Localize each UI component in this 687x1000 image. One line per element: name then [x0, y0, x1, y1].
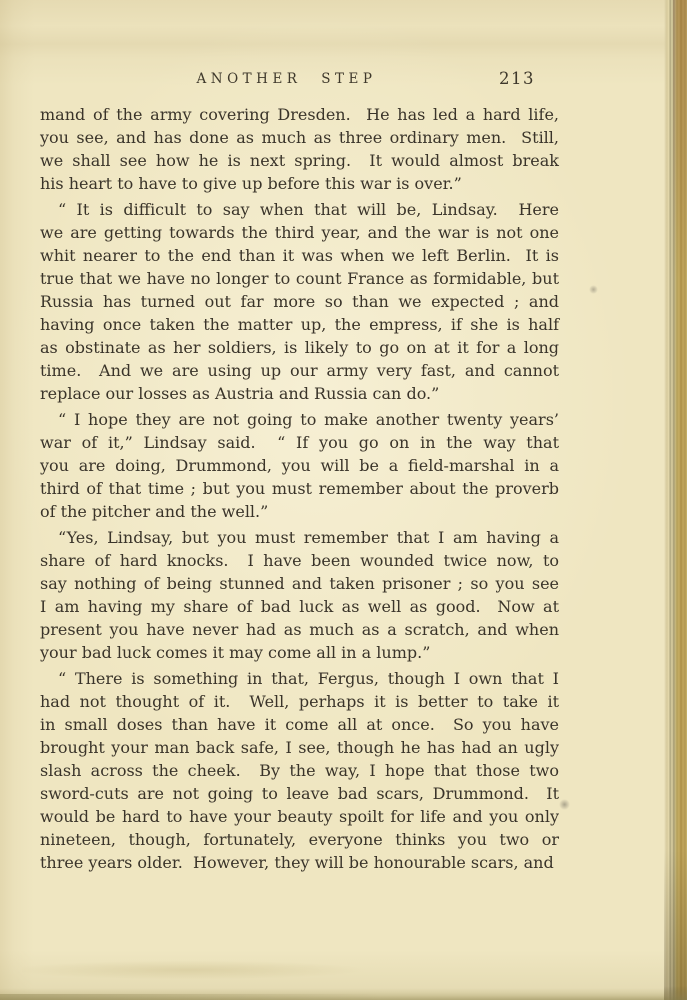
text-line: war of it,” Lindsay said. “ If you go on…	[40, 431, 559, 454]
page-text-body: mand of the army covering Dresden. He ha…	[40, 103, 559, 874]
text-line: would be hard to have your beauty spoilt…	[40, 805, 559, 828]
text-line: I am having my share of bad luck as well…	[40, 595, 559, 618]
text-line: sword-cuts are not going to leave bad sc…	[40, 782, 559, 805]
text-line: three years older. However, they will be…	[40, 851, 559, 874]
text-line: present you have never had as much as a …	[40, 618, 559, 641]
running-header-title: ANOTHER STEP	[27, 71, 546, 87]
page-edge-bottom-left	[0, 994, 400, 1000]
text-line: “ There is something in that, Fergus, th…	[40, 667, 559, 690]
paragraph: “ I hope they are not going to make anot…	[40, 408, 559, 523]
paper-stain-spot	[589, 285, 598, 294]
book-page-scan: ANOTHER STEP 213 mand of the army coveri…	[0, 0, 687, 1000]
text-line: had not thought of it. Well, perhaps it …	[40, 690, 559, 713]
text-line: “ It is difficult to say when that will …	[40, 198, 559, 221]
page-number: 213	[499, 69, 535, 88]
text-line: we are getting towards the third year, a…	[40, 221, 559, 244]
paragraph: “ There is something in that, Fergus, th…	[40, 667, 559, 874]
text-line: in small doses than have it come all at …	[40, 713, 559, 736]
text-line: “Yes, Lindsay, but you must remember tha…	[40, 526, 559, 549]
page-edge-bottom-shadow	[664, 840, 687, 1000]
paragraph: “Yes, Lindsay, but you must remember tha…	[40, 526, 559, 664]
text-line: Russia has turned out far more so than w…	[40, 290, 559, 313]
paragraph: “ It is difficult to say when that will …	[40, 198, 559, 405]
text-line: of the pitcher and the well.”	[40, 500, 559, 523]
text-line: replace our losses as Austria and Russia…	[40, 382, 559, 405]
text-line: third of that time ; but you must rememb…	[40, 477, 559, 500]
text-line: whit nearer to the end than it was when …	[40, 244, 559, 267]
text-line: we shall see how he is next spring. It w…	[40, 149, 559, 172]
text-line: your bad luck comes it may come all in a…	[40, 641, 559, 664]
text-line: brought your man back safe, I see, thoug…	[40, 736, 559, 759]
text-line: “ I hope they are not going to make anot…	[40, 408, 559, 431]
text-line: say nothing of being stunned and taken p…	[40, 572, 559, 595]
text-line: slash across the cheek. By the way, I ho…	[40, 759, 559, 782]
text-line: time. And we are using up our army very …	[40, 359, 559, 382]
text-line: having once taken the matter up, the emp…	[40, 313, 559, 336]
text-line: you see, and has done as much as three o…	[40, 126, 559, 149]
paper-shading-band	[22, 958, 392, 982]
text-line: you are doing, Drummond, you will be a f…	[40, 454, 559, 477]
paragraph: mand of the army covering Dresden. He ha…	[40, 103, 559, 195]
text-line: mand of the army covering Dresden. He ha…	[40, 103, 559, 126]
text-line: nineteen, though, fortunately, everyone …	[40, 828, 559, 851]
paper-stain-spot	[559, 799, 570, 810]
page-header: ANOTHER STEP 213	[40, 71, 559, 91]
text-line: his heart to have to give up before this…	[40, 172, 559, 195]
text-line: share of hard knocks. I have been wounde…	[40, 549, 559, 572]
text-line: true that we have no longer to count Fra…	[40, 267, 559, 290]
text-line: as obstinate as her soldiers, is likely …	[40, 336, 559, 359]
